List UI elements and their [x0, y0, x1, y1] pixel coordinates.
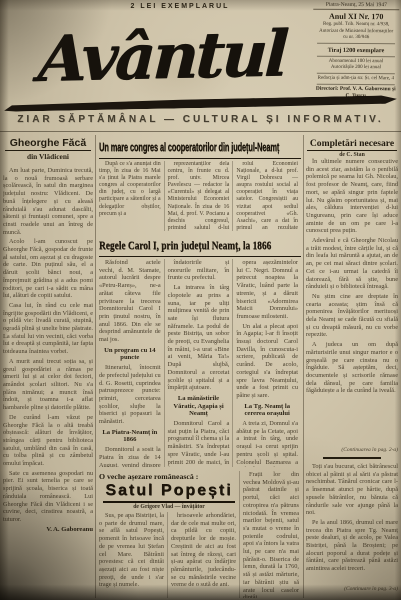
- continuation-note: (Continuarea în pag. 2-a): [306, 447, 398, 453]
- article-title: Satul Popești: [103, 482, 235, 503]
- address-line: Redacția și adm-ția str. Șt. cel Mare, 4: [313, 75, 399, 82]
- rule: [317, 56, 395, 58]
- article-regele-carol: Regele Carol I, prin județul Neamț, la 1…: [99, 234, 301, 257]
- paragraph: A judeca un om după mărturisirile unui s…: [306, 341, 398, 395]
- paragraph: rolul Economiei Naționale, a d-lui prof.…: [236, 161, 298, 231]
- tagline: ZIAR SĂPTĂMÂNAL — CULTURAL ȘI INFORMATIV…: [0, 114, 401, 125]
- popesti-body: Sus, pe apa Bistriței, la o parte de dru…: [99, 512, 239, 598]
- paragraph: La intrarea în târg clopotele au prins a…: [168, 284, 230, 392]
- article-title: Un mare congres al cooperatorilor din ju…: [99, 140, 279, 154]
- column-rule: [303, 135, 304, 598]
- article-carol-body: Răsfoind actele vechi, d. M. Stamate, au…: [99, 259, 301, 467]
- subscription-line: Autoritățile 200 lei anual: [313, 65, 399, 72]
- article-title: Completări necesare: [307, 136, 397, 151]
- text-column: îndatoririle și onorurile militare, în f…: [164, 259, 233, 467]
- paragraph: Pe la anul 1866, drumul cel mare trecea …: [306, 519, 398, 573]
- registration-line: cu nr. 30/946: [313, 35, 399, 42]
- signature: V. A. Gaboreanu: [3, 526, 93, 533]
- masthead-title: Avântul: [2, 4, 322, 107]
- paragraph: Domnitorul a sosit la Piatra în ziua de …: [99, 446, 161, 467]
- article-body-2: Toți s'au bucurat, căci bătrânescul obic…: [306, 463, 398, 585]
- paragraph: Toți s'au bucurat, căci bătrânescul obic…: [306, 463, 398, 517]
- rule: [317, 73, 395, 75]
- paragraph: A murit anul trecut soția sa, și greul g…: [3, 358, 93, 412]
- paragraph: Un alai a plecat apoi în Agapia; l-ar fi…: [236, 323, 298, 400]
- paragraph: hrisoavele arhondăriei, dar de cele mai …: [171, 512, 236, 589]
- paragraph: Itinerariul, întocmit de prefectul județ…: [99, 364, 161, 426]
- paragraph: opera așezămintelor lui C. Negri. Domnul…: [236, 259, 298, 321]
- text-column: reprezentanților dela centru, în frunte …: [164, 161, 233, 231]
- paragraph: Am luat parte, Duminica trecută, la o no…: [3, 167, 93, 236]
- kicker: O veche așezare românească :: [99, 472, 239, 481]
- article-satul-popesti: O veche așezare românească : Satul Popeș…: [99, 471, 301, 598]
- registration-line: Reg. publ. Trib. Neamț nr. 4/938,: [313, 22, 399, 29]
- article-congres: Un mare congres al cooperatorilor din ju…: [99, 135, 301, 159]
- issue-info-box: Piatra-Neamț, 25 Mai 1947 Anul XI Nr. 17…: [313, 2, 400, 101]
- byline: de Grigore Vlad — învățător: [99, 504, 239, 510]
- paragraph: îndatoririle și onorurile militare, în f…: [168, 259, 230, 282]
- paragraph: Frații lor din vechea Moldovă și-au păst…: [243, 471, 299, 598]
- article-body: În ultimele numere consecutive din acest…: [306, 158, 398, 446]
- dateline: Piatra-Neamț, 25 Mai 1947: [313, 2, 399, 11]
- issue-number: Anul XI Nr. 170: [313, 11, 399, 23]
- text-column: hrisoavele arhondăriei, dar de cele mai …: [167, 512, 239, 598]
- article-title: Gheorghe Făcă: [5, 137, 91, 151]
- article-gheorghe-faca: Gheorghe Făcă din Vlădiceni Am luat part…: [3, 135, 93, 598]
- paragraph: Adevărul e că Gheorghe Nicolau a trăit m…: [306, 237, 398, 291]
- subhead: La mănăstirile Văratic, Agapia și Neamț: [168, 395, 230, 418]
- paragraph: Casa lui, în rând cu cele mai îngrijite …: [3, 302, 93, 356]
- paragraph: A treia zi, Domnul s'a abătut pe la Ceta…: [236, 420, 298, 467]
- text-column: rolul Economiei Naționale, a d-lui prof.…: [232, 161, 301, 231]
- section-divider: [323, 457, 381, 459]
- article-subtitle: din Vlădiceni: [3, 152, 93, 161]
- subhead: Un program cu 14 puncte: [99, 347, 161, 362]
- tiraj-line: Tiraj 1200 exemplare: [313, 45, 399, 55]
- paragraph: Sate cu asemenea gospodari nu pier. Ei s…: [3, 470, 93, 524]
- subhead: La Piatra-Neamț în 1866: [99, 429, 161, 444]
- popesti-main: O veche așezare românească : Satul Popeș…: [99, 471, 239, 598]
- center-column: Un mare congres al cooperatorilor din ju…: [99, 135, 301, 598]
- column-rule: [95, 135, 96, 598]
- text-column: opera așezămintelor lui C. Negri. Domnul…: [232, 259, 301, 467]
- rule: [317, 83, 395, 85]
- paragraph: Răsfoind actele vechi, d. M. Stamate, au…: [99, 259, 161, 344]
- newspaper-page: 2 LEI EXEMPLARUL Avântul Piatra-Neamț, 2…: [0, 0, 401, 600]
- article-title: Regele Carol I, prin județul Neamț, la 1…: [99, 238, 271, 253]
- text-column: Răsfoind actele vechi, d. M. Stamate, au…: [99, 259, 164, 467]
- side-column: Frații lor din vechea Moldovă și-au păst…: [239, 471, 299, 598]
- rule: [317, 43, 395, 45]
- paragraph: Nu știm cine are dreptate în cearta acea…: [306, 293, 398, 339]
- text-column: După ce s'a anunțat din timp, în ziua de…: [99, 161, 164, 231]
- paragraph: reprezentanților dela centru, în frunte …: [168, 161, 230, 231]
- subhead: La Tg. Neamț la cererea orașului: [236, 403, 298, 418]
- paragraph: Domnitorul Carol a stat puțin la Piatra,…: [168, 420, 230, 467]
- paragraph: Acolo l-am cunoscut pe Gheorghe Făcă, go…: [3, 238, 93, 300]
- article-congres-body: După ce s'a anunțat din timp, în ziua de…: [99, 161, 301, 231]
- paragraph: De curând l-am văzut pe Gheorghe Făcă la…: [3, 414, 93, 468]
- paragraph: În ultimele numere consecutive din acest…: [306, 158, 398, 235]
- paragraph: După ce s'a anunțat din timp, în ziua de…: [99, 161, 161, 218]
- text-column: Sus, pe apa Bistriței, la o parte de dru…: [99, 512, 167, 598]
- continuation-note: (Continuare în pag. 3-a): [306, 586, 398, 592]
- rule: [0, 131, 401, 132]
- paragraph: Sus, pe apa Bistriței, la o parte de dru…: [99, 512, 164, 589]
- article-completari: Completări necesare de C. Stan În ultime…: [306, 135, 398, 598]
